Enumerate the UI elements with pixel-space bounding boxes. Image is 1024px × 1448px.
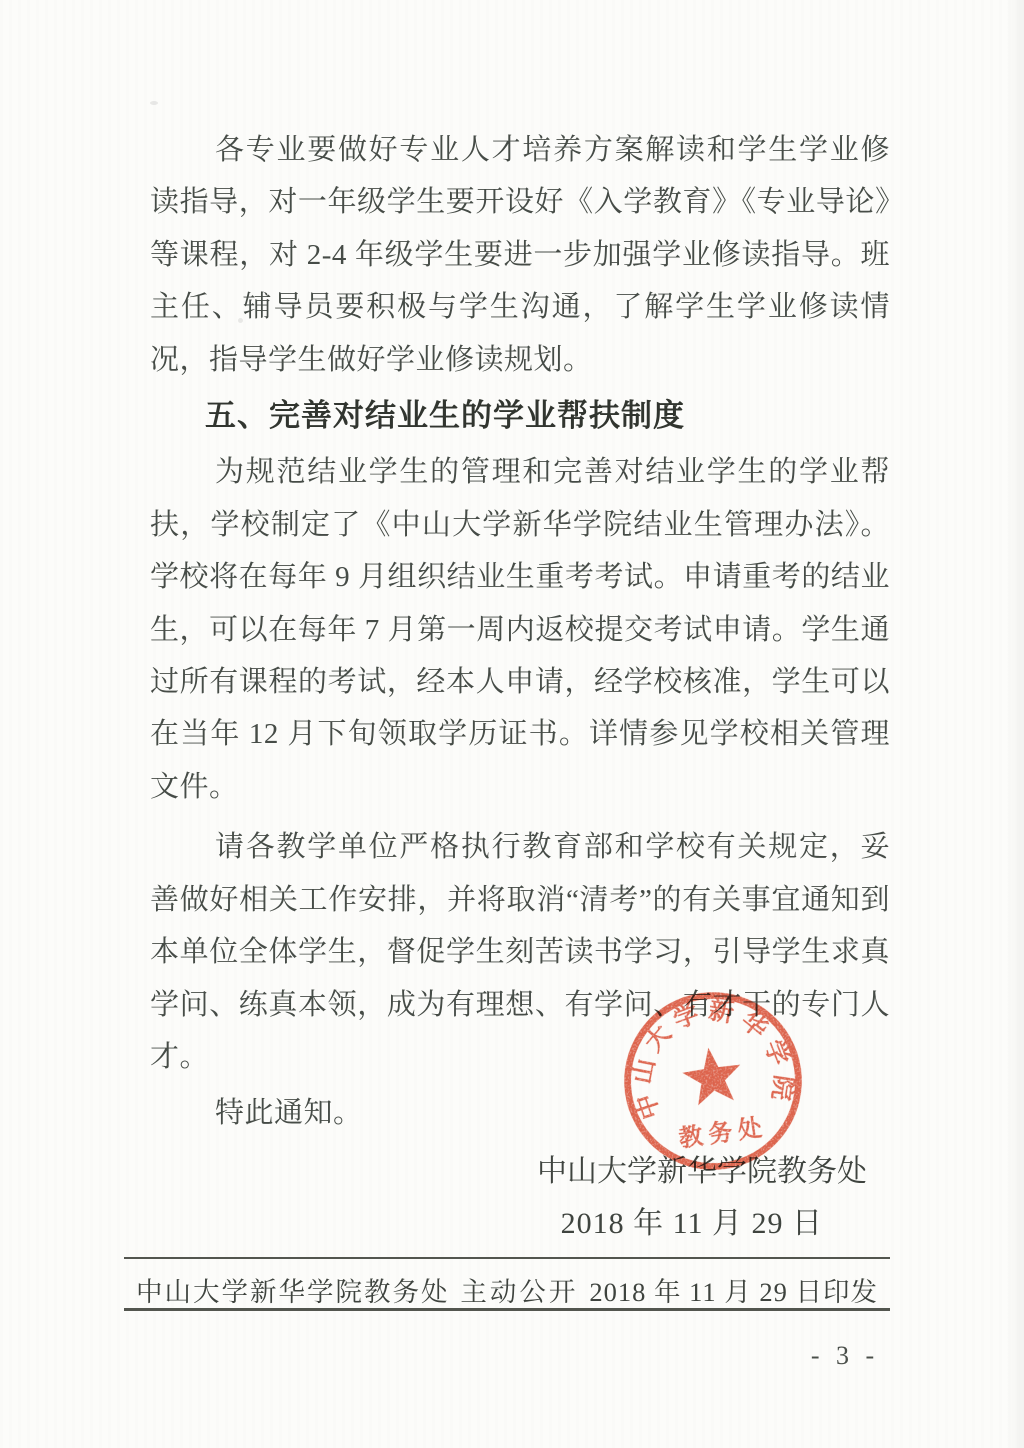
footer: 中山大学新华学院教务处 主动公开 2018 年 11 月 29 日印发: [124, 1272, 890, 1306]
signature-date: 2018 年 11 月 29 日: [150, 1198, 890, 1250]
closing-notice: 特此通知。: [150, 1087, 890, 1139]
paragraph-graduate-support-policy: 为规范结业学生的管理和完善对结业学生的学业帮扶，学校制定了《中山大学新华学院结业…: [150, 446, 890, 813]
footer-print-date: 2018 年 11 月 29 日印发: [589, 1270, 890, 1309]
document-page: 各专业要做好专业人才培养方案解读和学生学业修读指导，对一年级学生要开设好《入学教…: [0, 0, 1024, 1448]
document-body: 各专业要做好专业人才培养方案解读和学生学业修读指导，对一年级学生要开设好《入学教…: [150, 124, 890, 1251]
footer-disclosure: 主动公开: [460, 1270, 578, 1309]
footer-rule-bottom: [124, 1308, 890, 1311]
footer-issuer: 中山大学新华学院教务处: [124, 1270, 450, 1309]
paragraph-academic-guidance: 各专业要做好专业人才培养方案解读和学生学业修读指导，对一年级学生要开设好《入学教…: [150, 124, 890, 386]
page-number: - 3 -: [800, 1341, 890, 1371]
paragraph-implementation-request: 请各教学单位严格执行教育部和学校有关规定，妥善做好相关工作安排，并将取消“清考”…: [150, 821, 890, 1083]
section-heading-five: 五、完善对结业生的学业帮扶制度: [150, 390, 890, 442]
footer-rule-top: [124, 1257, 890, 1259]
scan-speck: [150, 101, 158, 105]
signature-issuer: 中山大学新华学院教务处: [150, 1146, 890, 1198]
